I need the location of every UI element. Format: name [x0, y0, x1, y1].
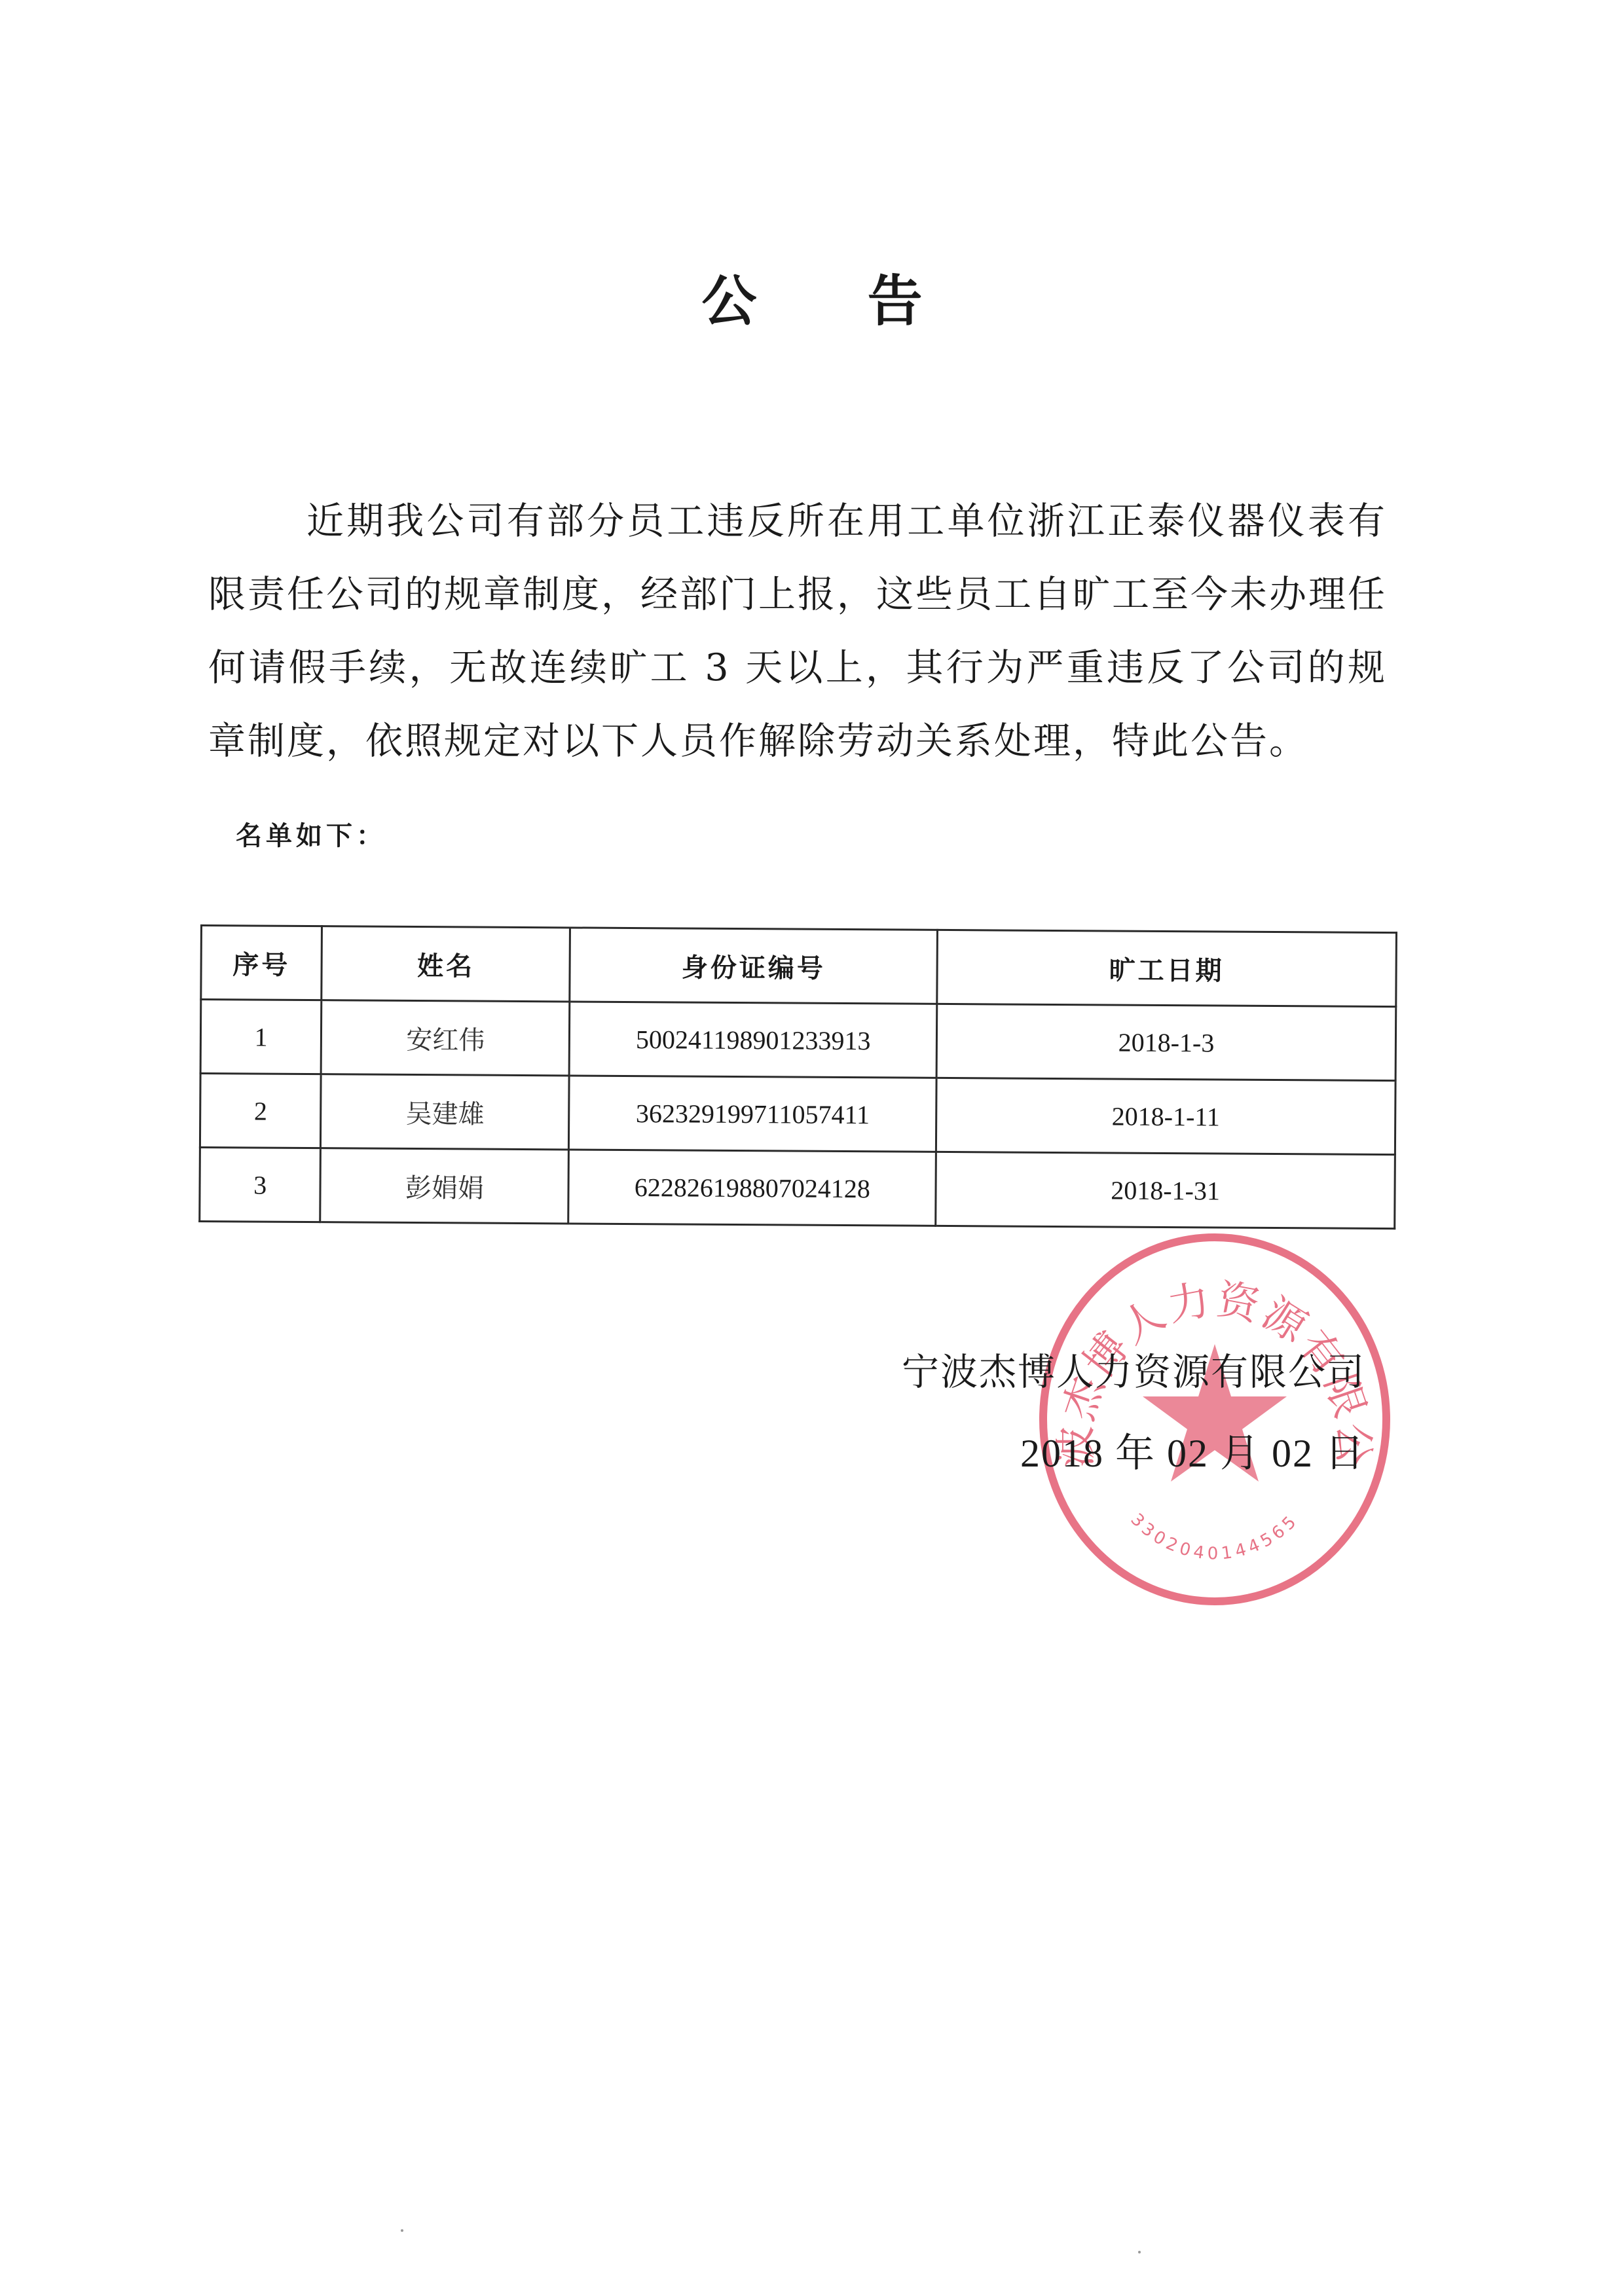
- cell-absence-date: 2018-1-11: [936, 1078, 1396, 1154]
- cell-name: 彭娟娟: [320, 1148, 569, 1224]
- header-absence-date: 旷工日期: [937, 930, 1397, 1006]
- cell-name: 安红伟: [321, 1000, 570, 1076]
- announcement-body: 近期我公司有部分员工违反所在用工单位浙江正泰仪器仪表有限责任公司的规章制度，经部…: [208, 484, 1387, 778]
- seal-code: 3302040144565: [1127, 1510, 1303, 1563]
- cell-no: 2: [200, 1074, 321, 1148]
- list-label: 名单如下：: [236, 815, 386, 852]
- page-title: 公 告: [0, 268, 1624, 334]
- cell-no: 3: [200, 1148, 321, 1222]
- cell-id-number: 362329199711057411: [569, 1076, 936, 1152]
- cell-name: 吴建雄: [321, 1074, 570, 1150]
- scan-speck: [1138, 2251, 1141, 2253]
- signature-company: 宁波杰博人力资源有限公司: [902, 1342, 1365, 1396]
- table-row: 3 彭娟娟 622826198807024128 2018-1-31: [200, 1148, 1395, 1229]
- header-name: 姓名: [322, 926, 570, 1002]
- scan-speck: [401, 2229, 403, 2232]
- cell-no: 1: [200, 1000, 322, 1074]
- dismissal-table: 序号 姓名 身份证编号 旷工日期 1 安红伟 50024119890123391…: [198, 924, 1397, 1230]
- cell-absence-date: 2018-1-3: [936, 1004, 1396, 1080]
- company-seal-icon: 宁波杰博人力资源有限公司 3302040144565: [1031, 1230, 1398, 1609]
- svg-text:3302040144565: 3302040144565: [1127, 1510, 1303, 1563]
- header-id-number: 身份证编号: [570, 928, 937, 1004]
- cell-absence-date: 2018-1-31: [936, 1152, 1395, 1228]
- table-header-row: 序号 姓名 身份证编号 旷工日期: [201, 926, 1397, 1007]
- signature-date: 2018 年 02 月 02 日: [1020, 1422, 1365, 1478]
- cell-id-number: 622826198807024128: [568, 1150, 936, 1226]
- header-no: 序号: [201, 926, 322, 1000]
- table-row: 1 安红伟 500241198901233913 2018-1-3: [200, 1000, 1396, 1081]
- table-row: 2 吴建雄 362329199711057411 2018-1-11: [200, 1074, 1395, 1155]
- cell-id-number: 500241198901233913: [570, 1002, 937, 1078]
